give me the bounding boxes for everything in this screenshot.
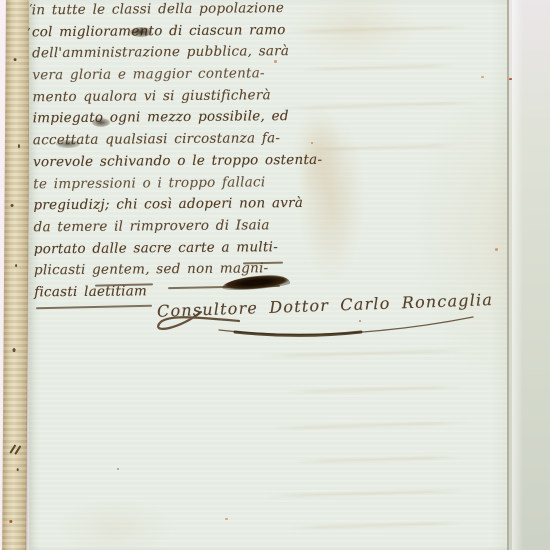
paper-speck — [11, 204, 14, 207]
bleedthrough-line — [289, 522, 464, 530]
paper-speck — [359, 320, 361, 322]
ink-smudge — [56, 140, 80, 148]
ink-smudge — [92, 118, 110, 127]
paper-speck — [15, 264, 17, 267]
paper-speck — [509, 78, 512, 80]
manuscript-line: in tutte le classi della popolazione — [32, 0, 332, 24]
manuscript-line: mento qualora vi si giustificherà — [32, 86, 332, 110]
signature-flourish — [147, 302, 482, 346]
paper-speck — [274, 60, 277, 63]
photo-frame: in tutte le classi della popolazione col… — [0, 0, 550, 550]
bleedthrough-line — [294, 456, 464, 464]
bleedthrough-line — [269, 421, 469, 430]
manuscript-line: vorevole schivando o le troppo ostenta- — [33, 152, 333, 176]
paper-speck — [9, 520, 12, 523]
paper-speck — [13, 348, 16, 352]
manuscript-line: portato dalle sacre carte a multi- — [34, 238, 334, 262]
manuscript-text: in tutte le classi della popolazione col… — [32, 0, 335, 306]
paper-speck — [495, 248, 498, 251]
manuscript-line: dell'amministrazione pubblica, sarà — [32, 43, 332, 67]
bleedthrough-line — [259, 349, 469, 358]
paper-speck — [14, 58, 17, 61]
margin-mark: ’ — [27, 26, 31, 39]
ink-smudge — [130, 27, 152, 37]
manuscript-line: impiegato ogni mezzo possibile, ed — [33, 108, 333, 132]
page-edge-shadow — [509, 0, 550, 550]
book-spine-edge — [2, 0, 30, 550]
paper-speck — [481, 76, 484, 78]
manuscript-line: da temere il rimprovero di Isaia — [34, 217, 334, 241]
manuscript-line: pregiudizj; chi così adoperi non avrà — [33, 195, 333, 219]
paper-speck — [17, 468, 19, 471]
manuscript-line: col miglioramento di ciascun ramo — [32, 21, 332, 45]
manuscript-page: in tutte le classi della popolazione col… — [29, 0, 509, 550]
margin-mark — [12, 444, 24, 456]
margin-mark: ’ — [29, 2, 33, 15]
page-edge-highlight — [512, 0, 523, 550]
bleedthrough-line — [264, 489, 469, 498]
manuscript-line: te impressioni o i troppo fallaci — [33, 173, 333, 197]
paper-speck — [117, 468, 119, 470]
paper-speck — [311, 142, 313, 144]
paper-speck — [225, 518, 228, 520]
manuscript-line: vera gloria e maggior contenta- — [32, 65, 332, 89]
bleedthrough-line — [284, 385, 464, 393]
paper-speck — [18, 144, 20, 148]
